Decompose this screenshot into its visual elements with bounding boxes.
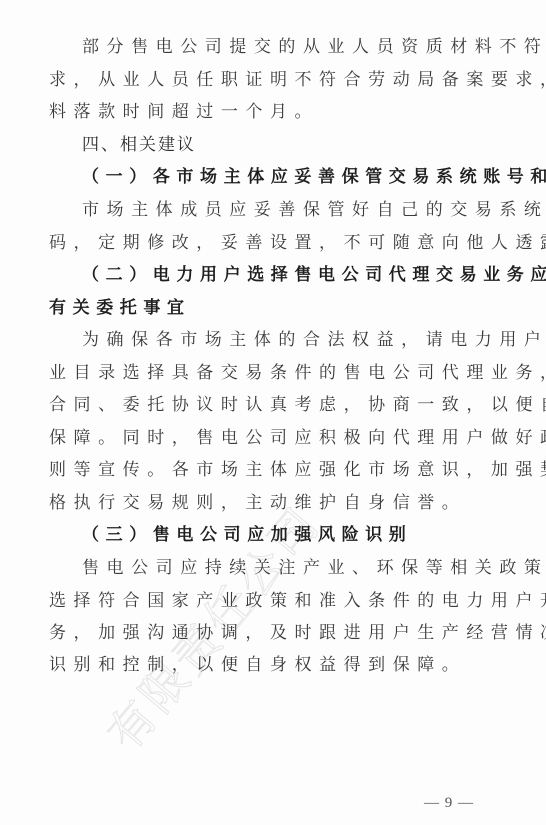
paragraph-line: 售电公司应持续关注产业、环保等相关政策动态，审慎 xyxy=(82,557,479,579)
paragraph-line: 业目录选择具备交易条件的售电公司代理业务，在签订相关 xyxy=(49,362,479,384)
paragraph-line: 市场主体成员应妥善保管好自己的交易系统账号和密 xyxy=(82,199,479,221)
paragraph-line: 合同、委托协议时认真考虑，协商一致，以便自身权益得到 xyxy=(49,394,479,416)
paragraph-line: 为确保各市场主体的合法权益，请电力用户根据售电企 xyxy=(82,329,479,351)
paragraph-line: 则等宣传。各市场主体应强化市场意识，加强契约精神，严 xyxy=(49,459,479,481)
paragraph-line: 保障。同时，售电公司应积极向代理用户做好政策、交易规 xyxy=(49,427,479,449)
subsection-heading: （三）售电公司应加强风险识别 xyxy=(82,524,479,546)
subsection-heading: （二）电力用户选择售电公司代理交易业务应审慎考虑 xyxy=(82,264,479,286)
paragraph-line: 料落款时间超过一个月。 xyxy=(49,101,479,123)
section-heading: 四、相关建议 xyxy=(82,134,479,156)
paragraph-line: 求，从业人员任职证明不符合劳动局备案要求，资产证明材 xyxy=(49,69,479,91)
paragraph-line: 务，加强沟通协调，及时跟进用户生产经营情况，加强风险 xyxy=(49,622,479,644)
paragraph-line: 选择符合国家产业政策和准入条件的电力用户开展相应业 xyxy=(49,590,479,612)
document-page: 有限责任公司 部分售电公司提交的从业人员资质材料不符合职称要求，从业人员任职证明… xyxy=(0,0,546,825)
page-number: — 9 — xyxy=(424,795,474,812)
paragraph-line: 部分售电公司提交的从业人员资质材料不符合职称要 xyxy=(82,36,479,58)
paragraph-line: 格执行交易规则，主动维护自身信誉。 xyxy=(49,492,479,514)
paragraph-line: 码，定期修改，妥善设置，不可随意向他人透露。 xyxy=(49,232,479,254)
paragraph-line: 识别和控制，以便自身权益得到保障。 xyxy=(49,654,479,676)
subsection-heading: （一）各市场主体应妥善保管交易系统账号和密码 xyxy=(82,166,479,188)
subsection-heading: 有关委托事宜 xyxy=(49,297,479,319)
